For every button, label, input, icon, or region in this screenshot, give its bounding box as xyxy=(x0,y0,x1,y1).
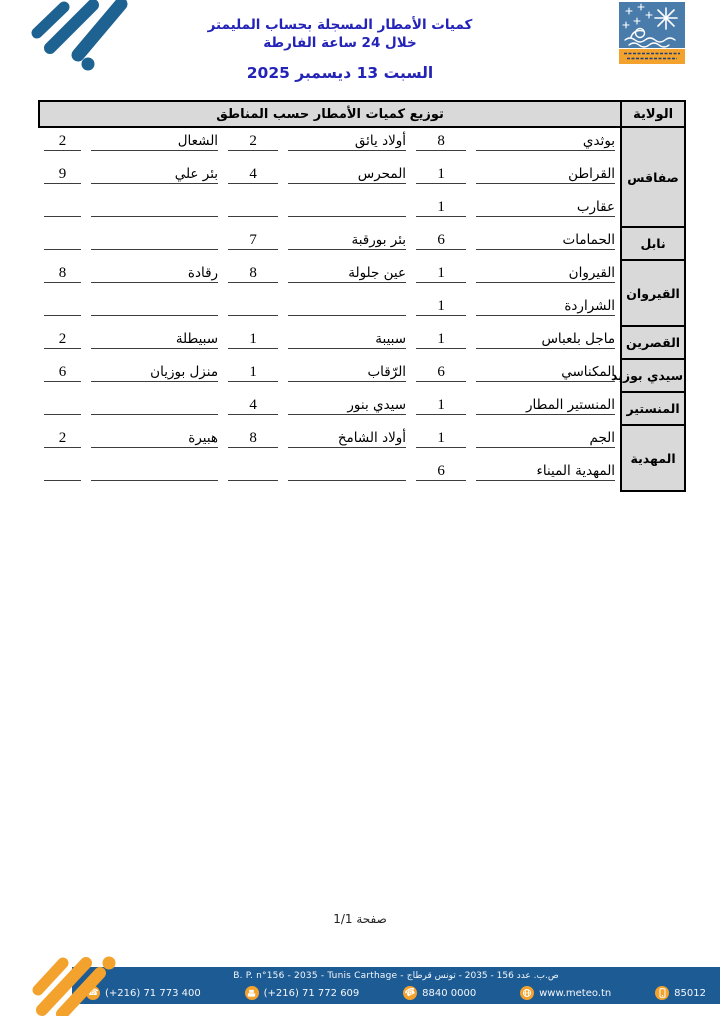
rain-value-cell xyxy=(39,227,86,260)
rain-value-cell: 9 xyxy=(39,161,86,194)
rain-value-cell: 6 xyxy=(411,359,471,392)
rain-value-cell: 6 xyxy=(411,227,471,260)
contact-item: ☎8840 0000 xyxy=(403,986,476,1000)
rain-value-cell xyxy=(39,458,86,491)
locality-name-cell: ماجل بلعباس xyxy=(471,326,621,359)
locality-name-cell: القراطن xyxy=(471,161,621,194)
rain-value-cell: 7 xyxy=(223,227,283,260)
rain-value-cell: 1 xyxy=(411,260,471,293)
rain-value-cell: 1 xyxy=(411,326,471,359)
rain-value-cell: 4 xyxy=(223,392,283,425)
table-row: صفاقسبوثدي8أولاد يائق2الشعال2 xyxy=(39,127,685,161)
locality-name-cell xyxy=(86,194,223,227)
rain-value-cell xyxy=(39,293,86,326)
rain-value-cell: 2 xyxy=(39,326,86,359)
rain-value-cell: 2 xyxy=(223,127,283,161)
table-row: المهديةالجم1أولاد الشامخ8هبيرة2 xyxy=(39,425,685,458)
locality-name-cell xyxy=(86,293,223,326)
rain-value-cell: 1 xyxy=(411,161,471,194)
region-cell: سيدي بوزيد xyxy=(621,359,685,392)
rain-value-cell: 1 xyxy=(411,425,471,458)
rain-value-cell: 8 xyxy=(223,425,283,458)
meteo-emblem-icon xyxy=(619,2,685,64)
rain-value-cell: 1 xyxy=(223,326,283,359)
locality-name-cell: أولاد الشامخ xyxy=(283,425,411,458)
locality-name-cell: الشراردة xyxy=(471,293,621,326)
meteo-institute-logo xyxy=(619,2,685,64)
locality-name-cell: الشعال xyxy=(86,127,223,161)
table-row: الشراردة1 xyxy=(39,293,685,326)
region-cell: المهدية xyxy=(621,425,685,491)
orange-stripes-icon xyxy=(30,948,126,1016)
sms-icon xyxy=(655,986,669,1000)
report-date: السبت 13 ديسمبر 2025 xyxy=(130,64,550,82)
contact-label: 8840 0000 xyxy=(422,988,476,999)
rain-value-cell: 2 xyxy=(39,127,86,161)
region-cell: القيروان xyxy=(621,260,685,326)
rain-value-cell: 1 xyxy=(411,194,471,227)
locality-name-cell: الجم xyxy=(471,425,621,458)
table-row: المهدية الميناء6 xyxy=(39,458,685,491)
rain-value-cell: 6 xyxy=(39,359,86,392)
locality-name-cell: سيدي بنور xyxy=(283,392,411,425)
locality-name-cell: بئر بورقبة xyxy=(283,227,411,260)
locality-name-cell: الرّقاب xyxy=(283,359,411,392)
locality-name-cell: هبيرة xyxy=(86,425,223,458)
rain-value-cell xyxy=(39,194,86,227)
footer-stripes-logo xyxy=(30,948,126,1016)
bulletin-page: كميات الأمطار المسجلة بحساب المليمتر خلا… xyxy=(0,0,720,1018)
region-cell: المنستير xyxy=(621,392,685,425)
rain-value-cell: 8 xyxy=(39,260,86,293)
rain-value-cell: 1 xyxy=(223,359,283,392)
locality-name-cell: أولاد يائق xyxy=(283,127,411,161)
locality-name-cell: عقارب xyxy=(471,194,621,227)
rainfall-table: الولاية توزيع كميات الأمطار حسب المناطق … xyxy=(38,100,686,492)
globe-icon xyxy=(520,986,534,1000)
rain-value-cell xyxy=(39,392,86,425)
locality-name-cell xyxy=(283,194,411,227)
footer-bar: B. P. n°156 - 2035 - Tunis Carthage - ص.… xyxy=(72,967,720,1004)
rain-value-cell: 8 xyxy=(223,260,283,293)
locality-name-cell: بئر علي xyxy=(86,161,223,194)
rain-value-cell: 2 xyxy=(39,425,86,458)
locality-name-cell xyxy=(86,227,223,260)
table-row: القراطن1المحرس4بئر علي9 xyxy=(39,161,685,194)
locality-name-cell: سبيبة xyxy=(283,326,411,359)
contact-item: (+216) 71 772 609 xyxy=(245,986,360,1000)
region-column-header: الولاية xyxy=(621,101,685,127)
distribution-header: توزيع كميات الأمطار حسب المناطق xyxy=(39,101,621,127)
table-row: عقارب1 xyxy=(39,194,685,227)
locality-name-cell: الحمامات xyxy=(471,227,621,260)
title-line1: كميات الأمطار المسجلة بحساب المليمتر xyxy=(130,16,550,34)
rain-value-cell: 8 xyxy=(411,127,471,161)
table-row: القصرينماجل بلعباس1سبيبة1سبيطلة2 xyxy=(39,326,685,359)
locality-name-cell xyxy=(283,458,411,491)
rain-value-cell: 1 xyxy=(411,392,471,425)
inm-stripes-logo xyxy=(28,0,134,74)
contact-item: www.meteo.tn xyxy=(520,986,611,1000)
table-row: المنستيرالمنستير المطار1سيدي بنور4 xyxy=(39,392,685,425)
locality-name-cell: رقادة xyxy=(86,260,223,293)
region-cell: القصرين xyxy=(621,326,685,359)
locality-name-cell: عين جلولة xyxy=(283,260,411,293)
locality-name-cell: المنستير المطار xyxy=(471,392,621,425)
locality-name-cell: بوثدي xyxy=(471,127,621,161)
locality-name-cell: المهدية الميناء xyxy=(471,458,621,491)
rain-value-cell xyxy=(223,194,283,227)
fax-icon xyxy=(245,986,259,1000)
locality-name-cell xyxy=(86,392,223,425)
rain-value-cell: 1 xyxy=(411,293,471,326)
rain-value-cell: 4 xyxy=(223,161,283,194)
stripes-icon xyxy=(28,0,134,74)
contact-label: 85012 xyxy=(674,988,706,999)
contact-item: 85012 xyxy=(655,986,706,1000)
locality-name-cell: المحرس xyxy=(283,161,411,194)
footer-contacts: ☎(+216) 71 773 400(+216) 71 772 609☎8840… xyxy=(86,984,706,1002)
table-row: القيروانالقيروان1عين جلولة8رقادة8 xyxy=(39,260,685,293)
contact-label: (+216) 71 772 609 xyxy=(264,988,360,999)
rain-value-cell xyxy=(223,293,283,326)
call-center-icon: ☎ xyxy=(403,986,417,1000)
rain-value-cell xyxy=(223,458,283,491)
locality-name-cell: المكناسي xyxy=(471,359,621,392)
report-title: كميات الأمطار المسجلة بحساب المليمتر خلا… xyxy=(130,16,550,52)
locality-name-cell: سبيطلة xyxy=(86,326,223,359)
locality-name-cell xyxy=(283,293,411,326)
contact-label: www.meteo.tn xyxy=(539,988,611,999)
rain-value-cell: 6 xyxy=(411,458,471,491)
region-cell: نابل xyxy=(621,227,685,260)
locality-name-cell: القيروان xyxy=(471,260,621,293)
table-row: نابلالحمامات6بئر بورقبة7 xyxy=(39,227,685,260)
region-cell: صفاقس xyxy=(621,127,685,227)
table-row: سيدي بوزيدالمكناسي6الرّقاب1منزل بوزيان6 xyxy=(39,359,685,392)
locality-name-cell: منزل بوزيان xyxy=(86,359,223,392)
page-number: صفحة 1/1 xyxy=(0,912,720,926)
locality-name-cell xyxy=(86,458,223,491)
footer-address: B. P. n°156 - 2035 - Tunis Carthage - ص.… xyxy=(72,971,720,981)
title-line2: خلال 24 ساعة الفارطة xyxy=(130,34,550,52)
